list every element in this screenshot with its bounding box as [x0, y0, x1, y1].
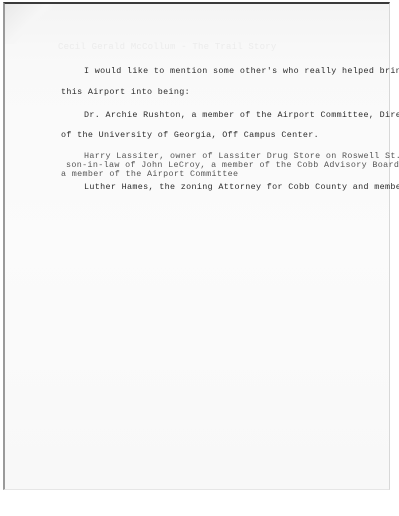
ack-rushton-line-2: of the University of Georgia, Off Campus… — [61, 130, 319, 140]
ack-lassiter-line-3: a member of the Airport Committee — [61, 169, 238, 179]
ack-hames-line-1: Luther Hames, the zoning Attorney for Co… — [84, 182, 399, 192]
ack-rushton-line-1: Dr. Archie Rushton, a member of the Airp… — [84, 110, 399, 120]
intro-line-1: I would like to mention some other's who… — [84, 66, 399, 76]
intro-line-2: this Airport into being: — [61, 87, 190, 97]
folded-corner — [5, 4, 60, 44]
scanned-document: Cecil Gerald McCollum - The Trail Story … — [0, 0, 399, 516]
bleed-through-text: Cecil Gerald McCollum - The Trail Story — [58, 42, 276, 52]
